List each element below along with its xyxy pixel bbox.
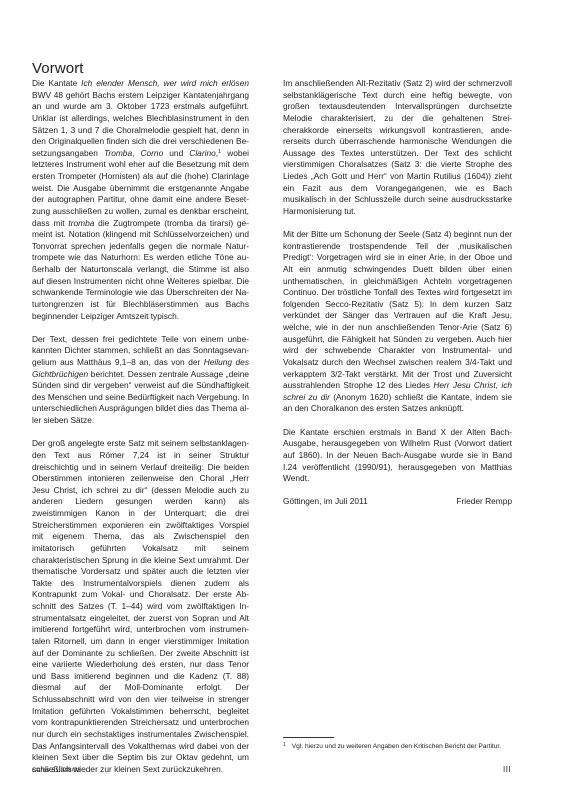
footnote-text: Vgl. hierzu und zu weiteren Angaben den … xyxy=(292,743,501,750)
footnote: 1Vgl. hierzu und zu weiteren Angaben den… xyxy=(283,741,501,751)
footer-catalog-number: Carus 31.048/03 xyxy=(32,767,81,774)
page-title: Vorwort xyxy=(32,60,84,77)
paragraph: Die Kantate erschien erstmals in Band X … xyxy=(283,427,512,485)
footnote-number: 1 xyxy=(283,742,286,748)
paragraph: Der groß angelegte erste Satz mit seinem… xyxy=(32,438,249,775)
signature: Göttingen, im Juli 2011 Frieder Rempp xyxy=(283,496,512,508)
footer-page-number: III xyxy=(503,765,511,774)
paragraph: Die Kantate Ich elender Mensch, wer wird… xyxy=(32,78,249,322)
paragraph: Im anschließenden Alt-Rezitativ (Satz 2)… xyxy=(283,78,512,218)
footnote-divider xyxy=(283,737,334,738)
left-column: Die Kantate Ich elender Mensch, wer wird… xyxy=(32,78,249,775)
right-column: Im anschließenden Alt-Rezitativ (Satz 2)… xyxy=(283,78,512,508)
paragraph: Der Text, dessen frei gedichtete Teile v… xyxy=(32,334,249,427)
paragraph: Mit der Bitte um Schonung der Seele (Sat… xyxy=(283,229,512,415)
signature-author: Frieder Rempp xyxy=(456,496,512,508)
signature-place-date: Göttingen, im Juli 2011 xyxy=(283,496,368,508)
